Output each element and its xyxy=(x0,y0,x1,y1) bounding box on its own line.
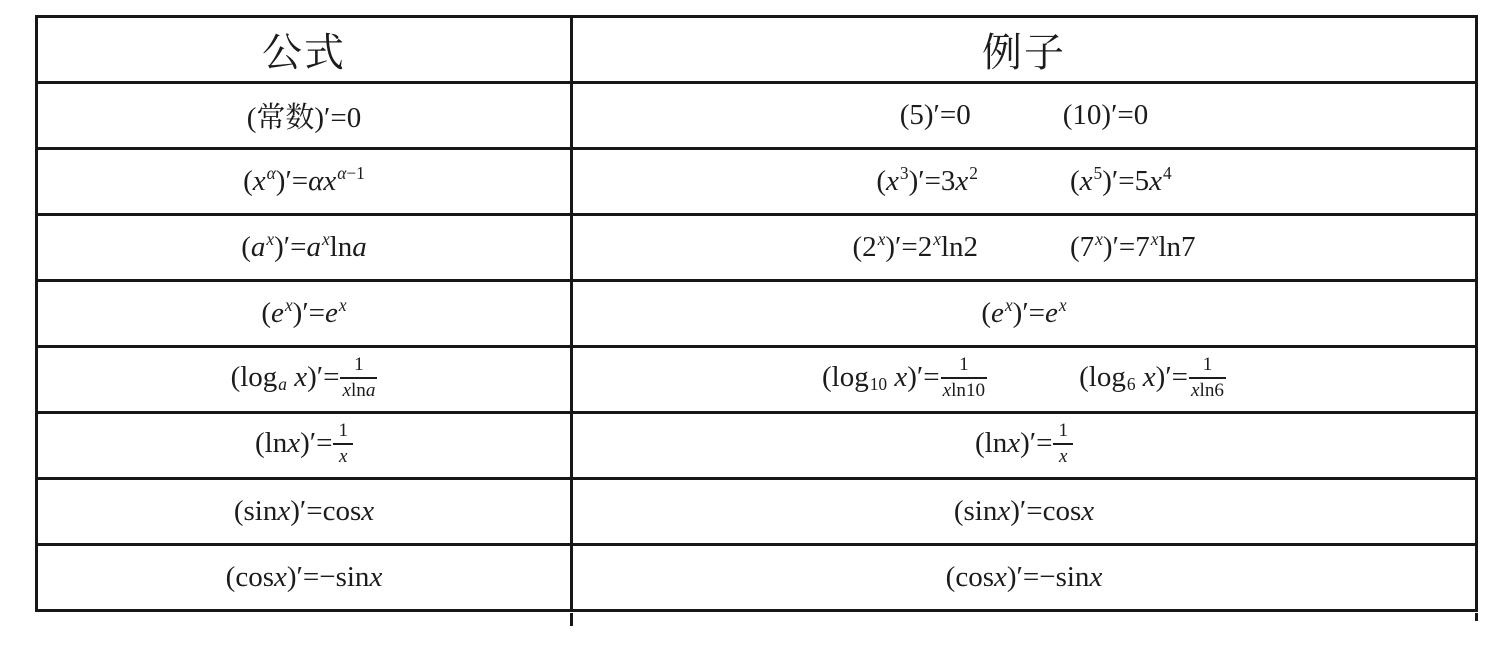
example-cell: (lnx)′=1x xyxy=(572,413,1477,479)
example-formula: (ex)′=ex xyxy=(981,297,1066,330)
header-row: 公式 例子 xyxy=(37,17,1477,83)
cutoff-row-right-border-stub xyxy=(1475,613,1478,621)
example-formula: (5)′=0 xyxy=(900,99,971,132)
example-formula: (log10 x)′=1xln10 xyxy=(822,356,987,403)
example-cell: (5)′=0(10)′=0 xyxy=(572,83,1477,149)
table-row: (xα)′=αxα−1 (x3)′=3x2(x5)′=5x4 xyxy=(37,149,1477,215)
examples-group: (x3)′=3x2(x5)′=5x4 xyxy=(573,165,1475,198)
formula-cell: (loga x)′=1xlna xyxy=(37,347,572,413)
table-row: (常数)′=0 (5)′=0(10)′=0 xyxy=(37,83,1477,149)
example-cell: (ex)′=ex xyxy=(572,281,1477,347)
example-formula: (x3)′=3x2 xyxy=(876,165,978,198)
fraction: 1xlna xyxy=(340,354,377,401)
fraction: 1x xyxy=(1053,420,1073,467)
fraction: 1xln10 xyxy=(941,354,988,401)
examples-group: (sinx)′=cosx xyxy=(573,495,1475,528)
formula-cell: (sinx)′=cosx xyxy=(37,479,572,545)
example-cell: (2x)′=2xln2(7x)′=7xln7 xyxy=(572,215,1477,281)
formula-cell: (cosx)′=−sinx xyxy=(37,545,572,611)
table-row: (lnx)′=1x (lnx)′=1x xyxy=(37,413,1477,479)
example-formula: (lnx)′=1x xyxy=(975,422,1073,469)
example-formula: (cosx)′=−sinx xyxy=(946,561,1103,594)
example-formula: (sinx)′=cosx xyxy=(954,495,1094,528)
table-row: (sinx)′=cosx (sinx)′=cosx xyxy=(37,479,1477,545)
fraction: 1xln6 xyxy=(1189,354,1226,401)
examples-group: (2x)′=2xln2(7x)′=7xln7 xyxy=(573,231,1475,264)
example-formula: (x5)′=5x4 xyxy=(1070,165,1172,198)
formula-cell: (常数)′=0 xyxy=(37,83,572,149)
example-cell: (log10 x)′=1xln10(log6 x)′=1xln6 xyxy=(572,347,1477,413)
table-row: (cosx)′=−sinx (cosx)′=−sinx xyxy=(37,545,1477,611)
scanned-page: 公式 例子 (常数)′=0 (5)′=0(10)′=0 (xα)′=αxα−1 … xyxy=(35,15,1478,612)
examples-group: (5)′=0(10)′=0 xyxy=(573,99,1475,132)
column-header-example: 例子 xyxy=(572,17,1477,83)
derivative-formula-table: 公式 例子 (常数)′=0 (5)′=0(10)′=0 (xα)′=αxα−1 … xyxy=(35,15,1478,612)
example-cell: (sinx)′=cosx xyxy=(572,479,1477,545)
example-formula: (2x)′=2xln2 xyxy=(852,231,978,264)
column-header-formula: 公式 xyxy=(37,17,572,83)
table-row: (ex)′=ex (ex)′=ex xyxy=(37,281,1477,347)
table-row: (loga x)′=1xlna (log10 x)′=1xln10(log6 x… xyxy=(37,347,1477,413)
fraction: 1x xyxy=(333,420,353,467)
example-cell: (cosx)′=−sinx xyxy=(572,545,1477,611)
formula-cell: (xα)′=αxα−1 xyxy=(37,149,572,215)
formula-cell: (ex)′=ex xyxy=(37,281,572,347)
table-row: (ax)′=axlna (2x)′=2xln2(7x)′=7xln7 xyxy=(37,215,1477,281)
cutoff-row-divider-stub xyxy=(570,613,573,626)
example-cell: (x3)′=3x2(x5)′=5x4 xyxy=(572,149,1477,215)
examples-group: (ex)′=ex xyxy=(573,297,1475,330)
table-body: (常数)′=0 (5)′=0(10)′=0 (xα)′=αxα−1 (x3)′=… xyxy=(37,83,1477,611)
example-formula: (log6 x)′=1xln6 xyxy=(1079,356,1226,403)
example-formula: (7x)′=7xln7 xyxy=(1070,231,1196,264)
formula-cell: (lnx)′=1x xyxy=(37,413,572,479)
examples-group: (lnx)′=1x xyxy=(573,422,1475,469)
examples-group: (log10 x)′=1xln10(log6 x)′=1xln6 xyxy=(573,356,1475,403)
examples-group: (cosx)′=−sinx xyxy=(573,561,1475,594)
formula-cell: (ax)′=axlna xyxy=(37,215,572,281)
example-formula: (10)′=0 xyxy=(1063,99,1149,132)
